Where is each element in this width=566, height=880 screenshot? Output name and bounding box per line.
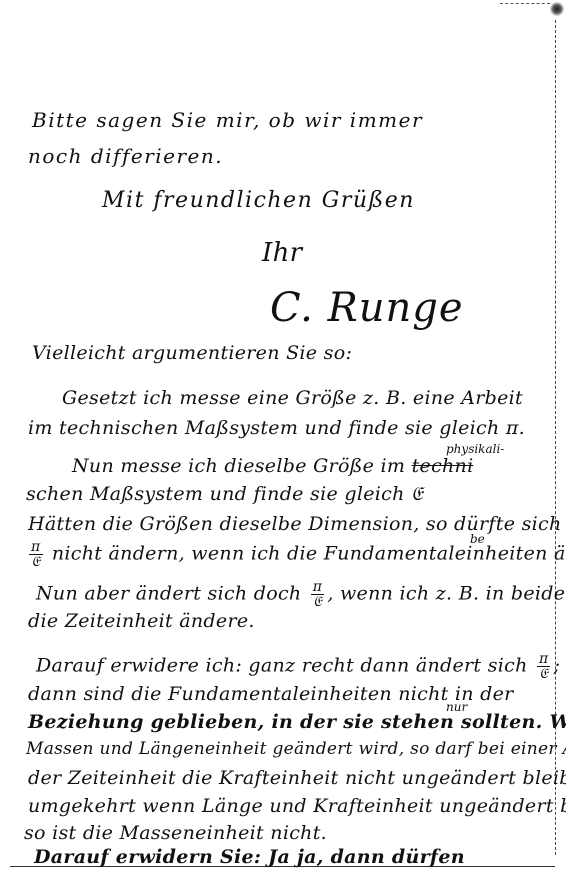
ps-p2-line-2: schen Maßsystem und finde sie gleich 𝔈 bbox=[26, 485, 423, 504]
closing-line-2: noch differieren. bbox=[28, 146, 223, 166]
ps-p2-line-1: Nun messe ich dieselbe Größe im techni bbox=[72, 457, 473, 476]
ps-intro: Vielleicht argumentieren Sie so: bbox=[32, 344, 352, 363]
ps-p4-line-4: Massen und Längeneinheit geändert wird, … bbox=[26, 741, 566, 758]
ps-p4-line-6: umgekehrt wenn Länge und Krafteinheit un… bbox=[28, 797, 566, 816]
fraction-pi-over-e: π 𝔈 bbox=[29, 540, 43, 569]
ps-p3-line-2: die Zeiteinheit ändere. bbox=[28, 612, 255, 631]
ps-p4-line-7: so ist die Masseneinheit nicht. bbox=[24, 824, 327, 843]
ps-p3-line-1: Nun aber ändert sich doch π 𝔈 , wenn ich… bbox=[36, 580, 566, 609]
scan-edge-top bbox=[500, 3, 550, 4]
ps-struck-word: techni bbox=[412, 455, 474, 477]
ps-p2-line-4: π 𝔈 nicht ändern, wenn ich die Fundament… bbox=[26, 540, 566, 569]
ps-p4-line-3: Beziehung geblieben, in der sie stehen s… bbox=[28, 713, 566, 732]
signature: C. Runge bbox=[270, 288, 464, 328]
scan-corner-mark bbox=[550, 2, 564, 16]
ps-p4-line-1: Darauf erwidere ich: ganz recht dann änd… bbox=[36, 652, 566, 681]
letter-page: Bitte sagen Sie mir, ob wir immer noch d… bbox=[0, 0, 566, 880]
ps-p4-line-5: der Zeiteinheit die Krafteinheit nicht u… bbox=[28, 769, 566, 788]
fraction-pi-over-e: π 𝔈 bbox=[311, 580, 325, 609]
ps-p2-line-4-text: nicht ändern, wenn ich die Fundamentalei… bbox=[52, 543, 566, 565]
ps-p2-line-1-text: Nun messe ich dieselbe Größe im bbox=[72, 455, 405, 477]
ps-insertion-physikali: physikali- bbox=[446, 442, 504, 456]
salutation: Mit freundlichen Grüßen bbox=[102, 190, 415, 212]
ps-p1-line-2: im technischen Maßsystem und finde sie g… bbox=[28, 419, 525, 438]
ps-p4-line-2: dann sind die Fundamentaleinheiten nicht… bbox=[28, 685, 514, 704]
fraction-pi-over-e: π 𝔈 bbox=[537, 652, 551, 681]
closing-ihr: Ihr bbox=[262, 240, 302, 266]
ps-p5-line-1: Darauf erwidern Sie: Ja ja, dann dürfen bbox=[34, 848, 465, 867]
ps-p1-line-1: Gesetzt ich messe eine Größe z. B. eine … bbox=[62, 389, 523, 408]
closing-line-1: Bitte sagen Sie mir, ob wir immer bbox=[32, 110, 423, 130]
